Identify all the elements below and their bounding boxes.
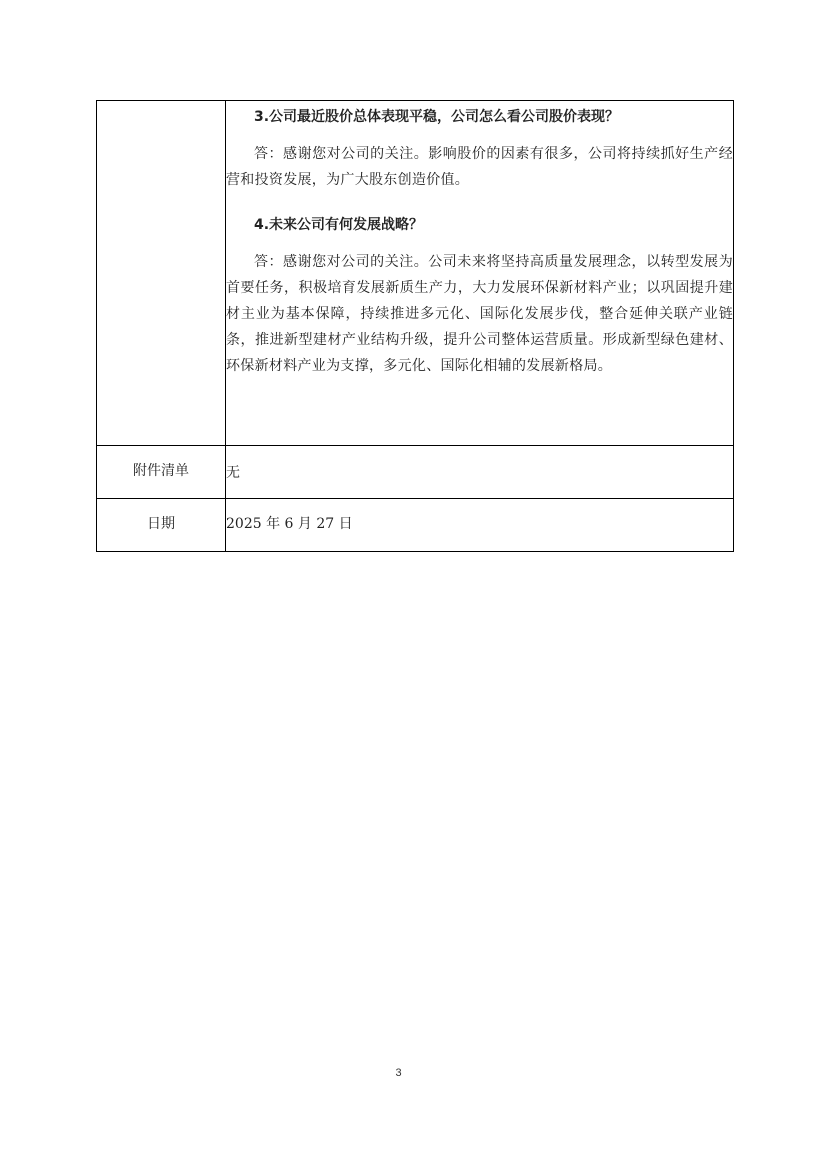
date-label-cell: 日期 bbox=[97, 499, 226, 552]
attachments-label: 附件清单 bbox=[97, 446, 225, 480]
answer-4: 答：感谢您对公司的关注。公司未来将坚持高质量发展理念，以转型发展为首要任务，积极… bbox=[226, 249, 733, 379]
attachments-value: 无 bbox=[226, 446, 733, 482]
qa-label-cell bbox=[97, 101, 226, 446]
qa-row: 3.公司最近股价总体表现平稳，公司怎么看公司股价表现？ 答：感谢您对公司的关注。… bbox=[97, 101, 734, 446]
date-value: 2025 年 6 月 27 日 bbox=[226, 499, 733, 533]
date-value-cell: 2025 年 6 月 27 日 bbox=[226, 499, 734, 552]
date-label: 日期 bbox=[97, 499, 225, 533]
date-row: 日期 2025 年 6 月 27 日 bbox=[97, 499, 734, 552]
attachments-value-cell: 无 bbox=[226, 446, 734, 499]
answer-3: 答：感谢您对公司的关注。影响股价的因素有很多，公司将持续抓好生产经营和投资发展，… bbox=[226, 141, 733, 193]
record-table: 3.公司最近股价总体表现平稳，公司怎么看公司股价表现？ 答：感谢您对公司的关注。… bbox=[96, 100, 734, 552]
attachments-row: 附件清单 无 bbox=[97, 446, 734, 499]
qa-content-cell: 3.公司最近股价总体表现平稳，公司怎么看公司股价表现？ 答：感谢您对公司的关注。… bbox=[226, 101, 734, 446]
question-3: 3.公司最近股价总体表现平稳，公司怎么看公司股价表现？ bbox=[226, 101, 733, 127]
question-4: 4.未来公司有何发展战略？ bbox=[226, 209, 733, 235]
page-number: 3 bbox=[0, 1067, 797, 1079]
attachments-label-cell: 附件清单 bbox=[97, 446, 226, 499]
